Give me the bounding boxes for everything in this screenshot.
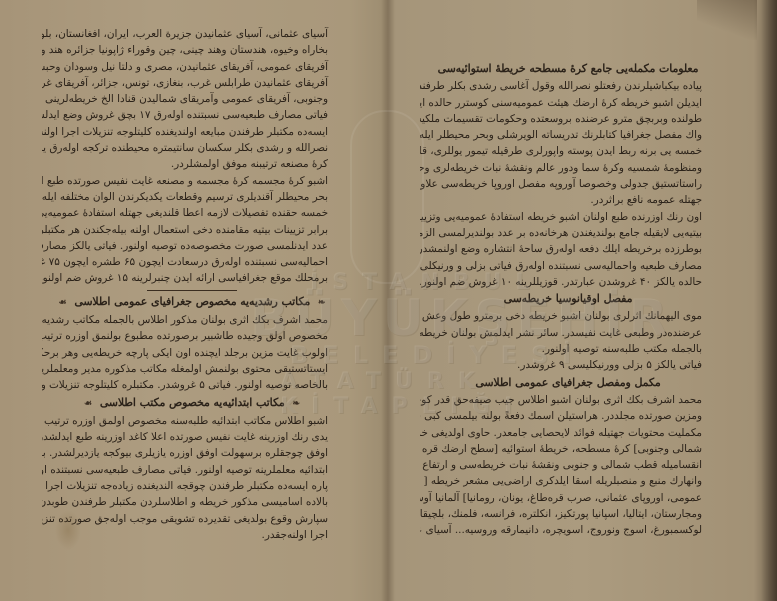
oceania-paragraph: موی الیهمانك اثرلری بولنان اشبو خریطه دخ…: [420, 308, 716, 357]
text-line: بیتیه‌یی لایقیله جامع بولندیغندن هرخانه‌…: [420, 225, 716, 241]
text-line: اشبو کرهٔ مجسمه کرهٔ مجسمه و مصنعه غایت …: [42, 173, 342, 189]
text-line: کرهٔ مصنعه ترتیبنه موفق اولمشلردر.: [42, 156, 342, 172]
oceania-price: فیاتی یالکز ۵ بزلی وورنیکلیسی ۹ غروشدر.: [420, 357, 716, 373]
text-line: آفریقای عمومی، آفریقای عثمانیدن، مصری و …: [42, 59, 342, 75]
text-line: بالخاصه توصیه اولنور. فیاتی ۵ غروشدر. مک…: [42, 377, 342, 393]
right-page: معلومات مکمله‌یی جامع کرهٔ مسطحه خریطهٔ …: [388, 0, 777, 601]
text-line: خمسه حقنده تفصیلات لازمه اعطا قلندیغی جه…: [42, 205, 342, 221]
text-line: ایسه‌ده مکتبلر طرفندن مبایعه اولندیغنده …: [42, 124, 342, 140]
text-line: بالجمله مکتب طلبه‌سنه توصیه اولنور.: [420, 341, 716, 357]
text-line: آسیای عثمانی، آسیای عثمانیدن جزیرة العرب…: [42, 26, 342, 42]
text-line: برمحلك موقع جغرافیاسی ارائه ایدن چنبرلری…: [42, 270, 342, 286]
fleuron-icon: ❧: [292, 399, 300, 409]
text-line: موی الیهمانك اثرلری بولنان اشبو خریطه دخ…: [420, 308, 716, 324]
order-discount-paragraph: بالاده اسامیسی مذکور خریطه و اطلاسلردن م…: [42, 494, 342, 543]
text-line: محمد اشرف بکك اثری بولنان مذکور اطلاس با…: [42, 312, 342, 328]
rashidiye-paragraph: محمد اشرف بکك اثری بولنان مذکور اطلاس با…: [42, 312, 342, 393]
text-line: عمومی، اوروپای عثمانی، صرب قره‌طاغ، یونا…: [420, 490, 716, 506]
globe-description-paragraph: اشبو کرهٔ مجسمه کرهٔ مجسمه و مصنعه غایت …: [42, 173, 342, 287]
text-line: اشبو اطلاس مکاتب ابتدائیه طلبه‌سنه مخصوص…: [42, 413, 342, 429]
right-page-text: معلومات مکمله‌یی جامع کرهٔ مسطحه خریطهٔ …: [420, 60, 716, 539]
section-heading-rashidiye: ❧ مکاتب رشدیه‌یه مخصوص جغرافیای عمومی اط…: [42, 294, 342, 311]
section-heading-oceania: مفصل اوقیانوسیا خریطه‌سی: [420, 291, 716, 307]
text-line: ایستاتستیقی محتوی بولنمش اولمغله مکاتب م…: [42, 361, 342, 377]
fleuron-icon: ☙: [59, 298, 67, 308]
text-line: بخاراه وخیوه، هندستان وهند چینی، چین وقو…: [42, 42, 342, 58]
text-line: بوطرزده برخریطه ایلك دفعه اوله‌رق ساحهٔ …: [420, 241, 716, 257]
text-line: اوفق چوجقلره برسهولت اوفق اوزره یازیلری …: [42, 445, 342, 461]
text-line: نصرالله و رشدی بکلر سکسان سانتیمتره محیط…: [42, 140, 342, 156]
text-line: راستاتستیق جدولی وخصوصا آوروپه مفصل اورو…: [420, 176, 716, 192]
text-line: وجنوبی، آفریقای عمومی وآمریقای شمالیدن ق…: [42, 91, 342, 107]
text-line: اولوب غایت مزین برجلد ایچنده اون ایکی پا…: [42, 345, 342, 361]
text-line: پیاده بیکباشیلرندن رفعتلو نصرالله وقول آ…: [420, 78, 716, 94]
text-line: فیاتی مصارف طبعیه‌سی نسبتنده اوله‌رق ۱۷ …: [42, 107, 342, 123]
text-line: عرضنده‌در وطبعی غایت نفیسدر. سائر نشر ای…: [420, 325, 716, 341]
text-line: مکملیت محتویات جهتیله فوائد لایحصایی جام…: [420, 425, 716, 441]
text-line: ومنظومهٔ شمسیه وکرهٔ سما ودور عالم ونقشه…: [420, 160, 716, 176]
fleuron-icon: ❧: [318, 298, 326, 308]
text-line: مصارف طبعیه واحمالیه‌سی نسبتنده اوله‌رق …: [420, 258, 716, 274]
globe-paragraph: نصرالله و رشدی بکلر سکسان سانتیمتره محیط…: [42, 140, 342, 173]
text-line: طولنده وبربچق مترو عرضنده بروسعتده وحکوم…: [420, 111, 716, 127]
section-heading-general-atlas: مکمل ومفصل جغرافیای عمومی اطلاسی: [420, 375, 716, 391]
left-page: آسیای عثمانی، آسیای عثمانیدن جزیرة العرب…: [0, 0, 388, 601]
heading-text: مکاتب رشدیه‌یه مخصوص جغرافیای عمومی اطلا…: [74, 295, 310, 308]
left-page-text: آسیای عثمانی، آسیای عثمانیدن جزیرة العرب…: [42, 26, 342, 543]
map-list-paragraph: آسیای عثمانی، آسیای عثمانیدن جزیرة العرب…: [42, 26, 342, 140]
section-divider: [147, 290, 237, 291]
text-line: مخصوص اولق وجیده طاشبیر برصورتده مطبوع ب…: [42, 328, 342, 344]
text-line: بالاده اسامیسی مذکور خریطه و اطلاسلردن م…: [42, 494, 342, 510]
text-line: ایدیلن اشبو خریطه کرهٔ ارضك هیئت عمومیه‌…: [420, 95, 716, 111]
first-edition-paragraph: بوطرزده برخریطه ایلك دفعه اوله‌رق ساحهٔ …: [420, 241, 716, 257]
text-line: فیاتی یالکز ۵ بزلی وورنیکلیسی ۹ غروشدر.: [420, 357, 716, 373]
text-line: برابر تزیینات بیتیه مقامنده دخی استعمال …: [42, 222, 342, 238]
general-atlas-paragraph: محمد اشرف بکك اثری بولنان اشبو اطلاس جیب…: [420, 392, 716, 539]
text-line: خمسه یی برنه ربط ایدن پوسته واپورلری طرق…: [420, 143, 716, 159]
text-line: ابتدائیه معلملرینه توصیه اولنور. فیاتی م…: [42, 462, 342, 478]
page-title: معلومات مکمله‌یی جامع کرهٔ مسطحه خریطهٔ …: [420, 61, 716, 77]
text-line: احمالیه‌سی نسبتنده اوله‌رق درسعادت ایچون…: [42, 254, 342, 270]
fleuron-icon: ☙: [84, 399, 92, 409]
heading-text: مکاتب ابتدائیه‌یه مخصوص مکتب اطلاسی: [100, 396, 285, 409]
text-line: انقسامیله قطب شمالی و جنوبی ونقشهٔ نبات …: [420, 457, 716, 473]
book-spread: آسیای عثمانی، آسیای عثمانیدن جزیرة العرب…: [0, 0, 777, 601]
ibtidaiye-paragraph: اشبو اطلاس مکاتب ابتدائیه طلبه‌سنه مخصوص…: [42, 413, 342, 494]
text-line: جهتله عمومه نافع براثردر.: [420, 192, 716, 208]
text-line: محمد اشرف بکك اثری بولنان اشبو اطلاس جیب…: [420, 392, 716, 408]
text-line: واك مفصل جغرافیا کتابلرنك تدریساته الویر…: [420, 127, 716, 143]
color-print-paragraph: اون رنك اوزرنده طبع اولنان اشبو خریطه اس…: [420, 209, 716, 242]
text-line: یدی رنك اوزرینه غایت نفیس صورتده اعلا کا…: [42, 429, 342, 445]
page-edge-shadow: [761, 0, 777, 601]
text-line: ومجارستان، ایتالیا، اسپانیا پورتکیز، انک…: [420, 506, 716, 522]
text-line: عدد ایدنلمسی صورت مخصوصه‌ده توصیه اولنور…: [42, 238, 342, 254]
text-line: پاره ایسه‌ده مکتبلر طرفندن چوقجه الندیغن…: [42, 478, 342, 494]
text-line: سپارش وقوع بولدیغی تقدیرده تشویقی موجب ا…: [42, 511, 342, 527]
page-corner-shadow: [697, 0, 757, 40]
text-line: وانهارك منبع و منصبلریله اسقا ایلدکری ار…: [420, 473, 716, 489]
text-line: اون رنك اوزرنده طبع اولنان اشبو خریطه اس…: [420, 209, 716, 225]
text-line: حالده یالکز ۴۰ غروشدن عبارتدر. قوزیللرین…: [420, 274, 716, 290]
section-heading-ibtidaiye: ❧ مکاتب ابتدائیه‌یه مخصوص مکتب اطلاسی ☙: [42, 395, 342, 412]
text-line: شمالی وجنوبی] کرهٔ مسطحه، خریطهٔ استوائی…: [420, 441, 716, 457]
text-line: اجرا اولنه‌جقدر.: [42, 527, 342, 543]
intro-paragraph: پیاده بیکباشیلرندن رفعتلو نصرالله وقول آ…: [420, 78, 716, 208]
text-line: بحر محیطلر آقندیلری ترسیم وقطعات یکدیکرن…: [42, 189, 342, 205]
text-line: آفریقای عثمانیدن طرابلس غرب، بنغازی، تون…: [42, 75, 342, 91]
price-paragraph: مصارف طبعیه واحمالیه‌سی نسبتنده اوله‌رق …: [420, 258, 716, 291]
text-line: ومزین صورتده مجلددر. هراستیلن اسمك دفعةً…: [420, 408, 716, 424]
paper-stain: [55, 510, 81, 550]
text-line: لوکسمبورغ، اسوج ونوروج، اسویچره، دانیمار…: [420, 522, 716, 538]
